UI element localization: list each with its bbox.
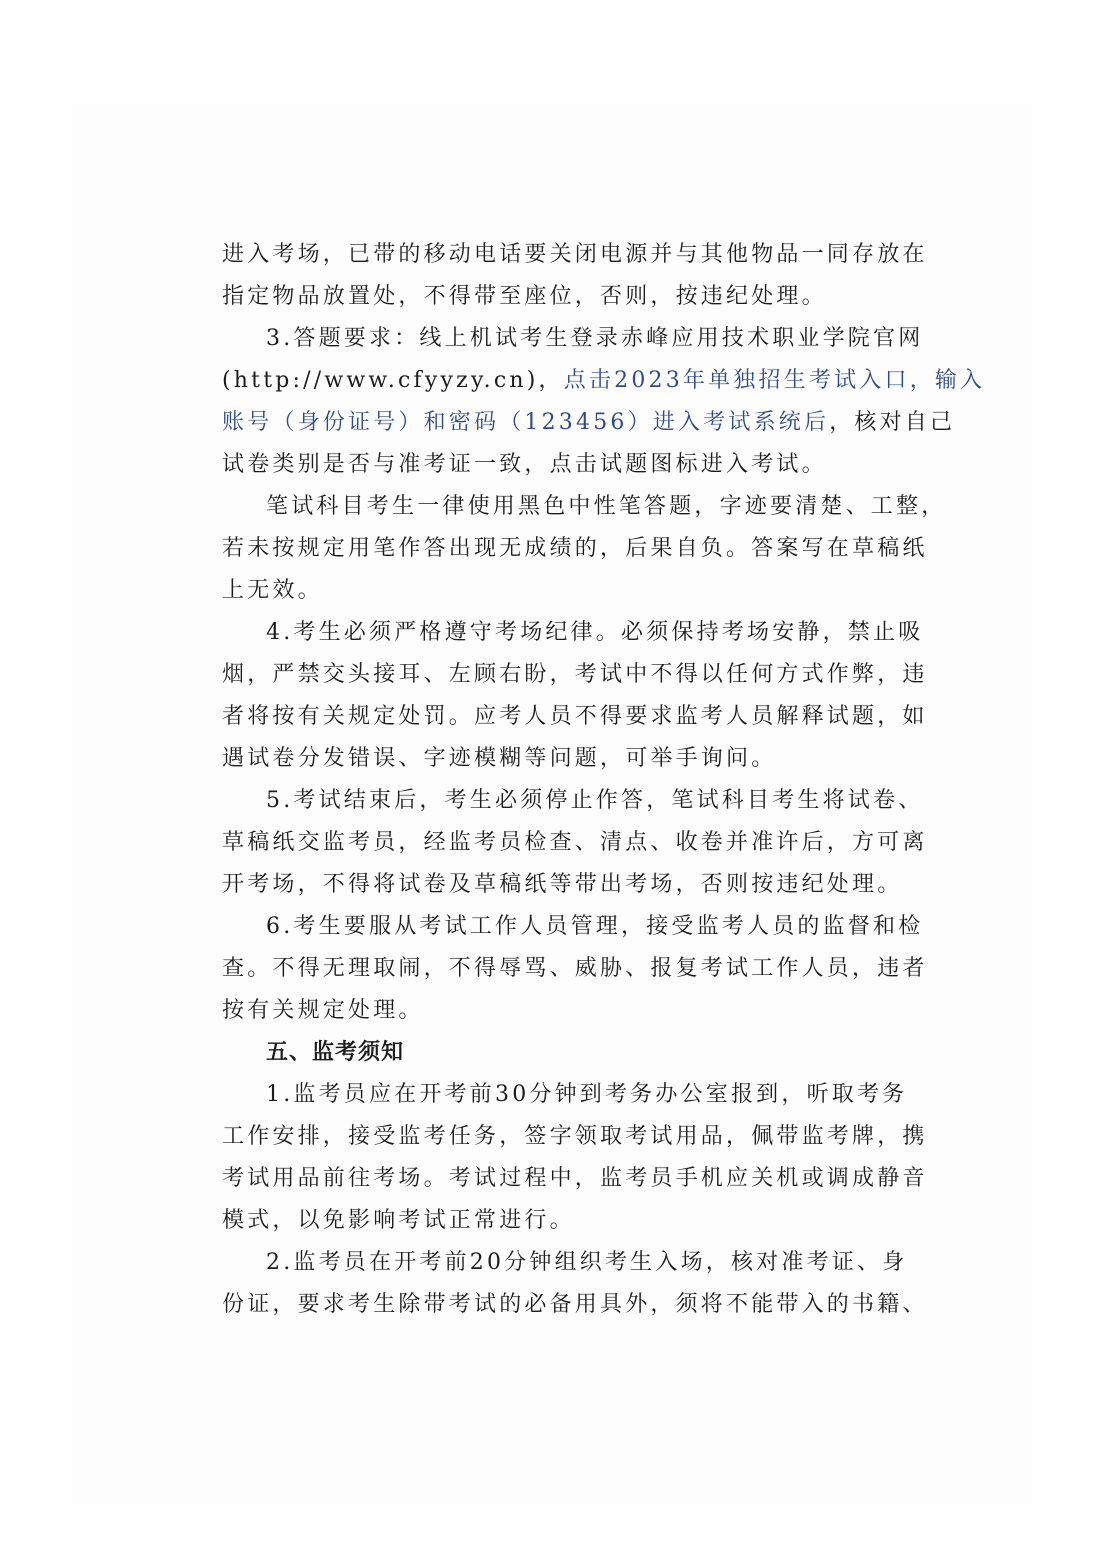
- paragraph-line: 草稿纸交监考员，经监考员检查、清点、收卷并准许后，方可离: [222, 822, 888, 864]
- paragraph-line: (http://www.cfyyzy.cn)，点击2023年单独招生考试入口，输…: [222, 360, 888, 402]
- item-proctor-report: 1.监考员应在开考前30分钟到考务办公室报到，听取考务: [222, 1074, 888, 1116]
- item-after-exam: 5.考试结束后，考生必须停止作答，笔试科目考生将试卷、: [222, 780, 888, 822]
- paragraph-line: 模式，以免影响考试正常进行。: [222, 1200, 888, 1242]
- paragraph-line: 进入考场，已带的移动电话要关闭电源并与其他物品一同存放在: [222, 234, 888, 276]
- line-text: ，核对自己: [829, 410, 955, 435]
- paragraph-line: 若未按规定用笔作答出现无成绩的，后果自负。答案写在草稿纸: [222, 528, 888, 570]
- written-exam-paragraph: 笔试科目考生一律使用黑色中性笔答题，字迹要清楚、工整，: [222, 486, 888, 528]
- login-credentials-instruction: 账号（身份证号）和密码（123456）进入考试系统后: [222, 410, 829, 435]
- item-obey-staff: 6.考生要服从考试工作人员管理，接受监考人员的监督和检: [222, 906, 888, 948]
- item-proctor-admission: 2.监考员在开考前20分钟组织考生入场，核对准考证、身: [222, 1242, 888, 1284]
- paragraph-line: 指定物品放置处，不得带至座位，否则，按违纪处理。: [222, 276, 888, 318]
- paragraph-line: 者将按有关规定处罚。应考人员不得要求监考人员解释试题，如: [222, 696, 888, 738]
- section-heading-proctor-notice: 五、监考须知: [222, 1032, 888, 1074]
- paragraph-line: 份证，要求考生除带考试的必备用具外，须将不能带入的书籍、: [222, 1284, 888, 1326]
- paragraph-line: 考试用品前往考场。考试过程中，监考员手机应关机或调成静音: [222, 1158, 888, 1200]
- paragraph-line: 试卷类别是否与准考证一致，点击试题图标进入考试。: [222, 444, 888, 486]
- paragraph-line: 上无效。: [222, 570, 888, 612]
- document-body: 进入考场，已带的移动电话要关闭电源并与其他物品一同存放在 指定物品放置处，不得带…: [222, 234, 888, 1326]
- paragraph-line: 遇试卷分发错误、字迹模糊等问题，可举手询问。: [222, 738, 888, 780]
- exam-entry-instruction: 点击2023年单独招生考试入口，输入: [564, 368, 986, 393]
- item-exam-discipline: 4.考生必须严格遵守考场纪律。必须保持考场安静，禁止吸: [222, 612, 888, 654]
- item-answer-requirements: 3.答题要求：线上机试考生登录赤峰应用技术职业学院官网: [222, 318, 888, 360]
- paragraph-line: 账号（身份证号）和密码（123456）进入考试系统后，核对自己: [222, 402, 888, 444]
- website-url-text: (http://www.cfyyzy.cn)，: [222, 368, 564, 393]
- paragraph-line: 工作安排，接受监考任务，签字领取考试用品，佩带监考牌，携: [222, 1116, 888, 1158]
- paragraph-line: 按有关规定处理。: [222, 990, 888, 1032]
- paragraph-line: 查。不得无理取闹，不得辱骂、威胁、报复考试工作人员，违者: [222, 948, 888, 990]
- paragraph-line: 烟，严禁交头接耳、左顾右盼，考试中不得以任何方式作弊，违: [222, 654, 888, 696]
- paragraph-line: 开考场，不得将试卷及草稿纸等带出考场，否则按违纪处理。: [222, 864, 888, 906]
